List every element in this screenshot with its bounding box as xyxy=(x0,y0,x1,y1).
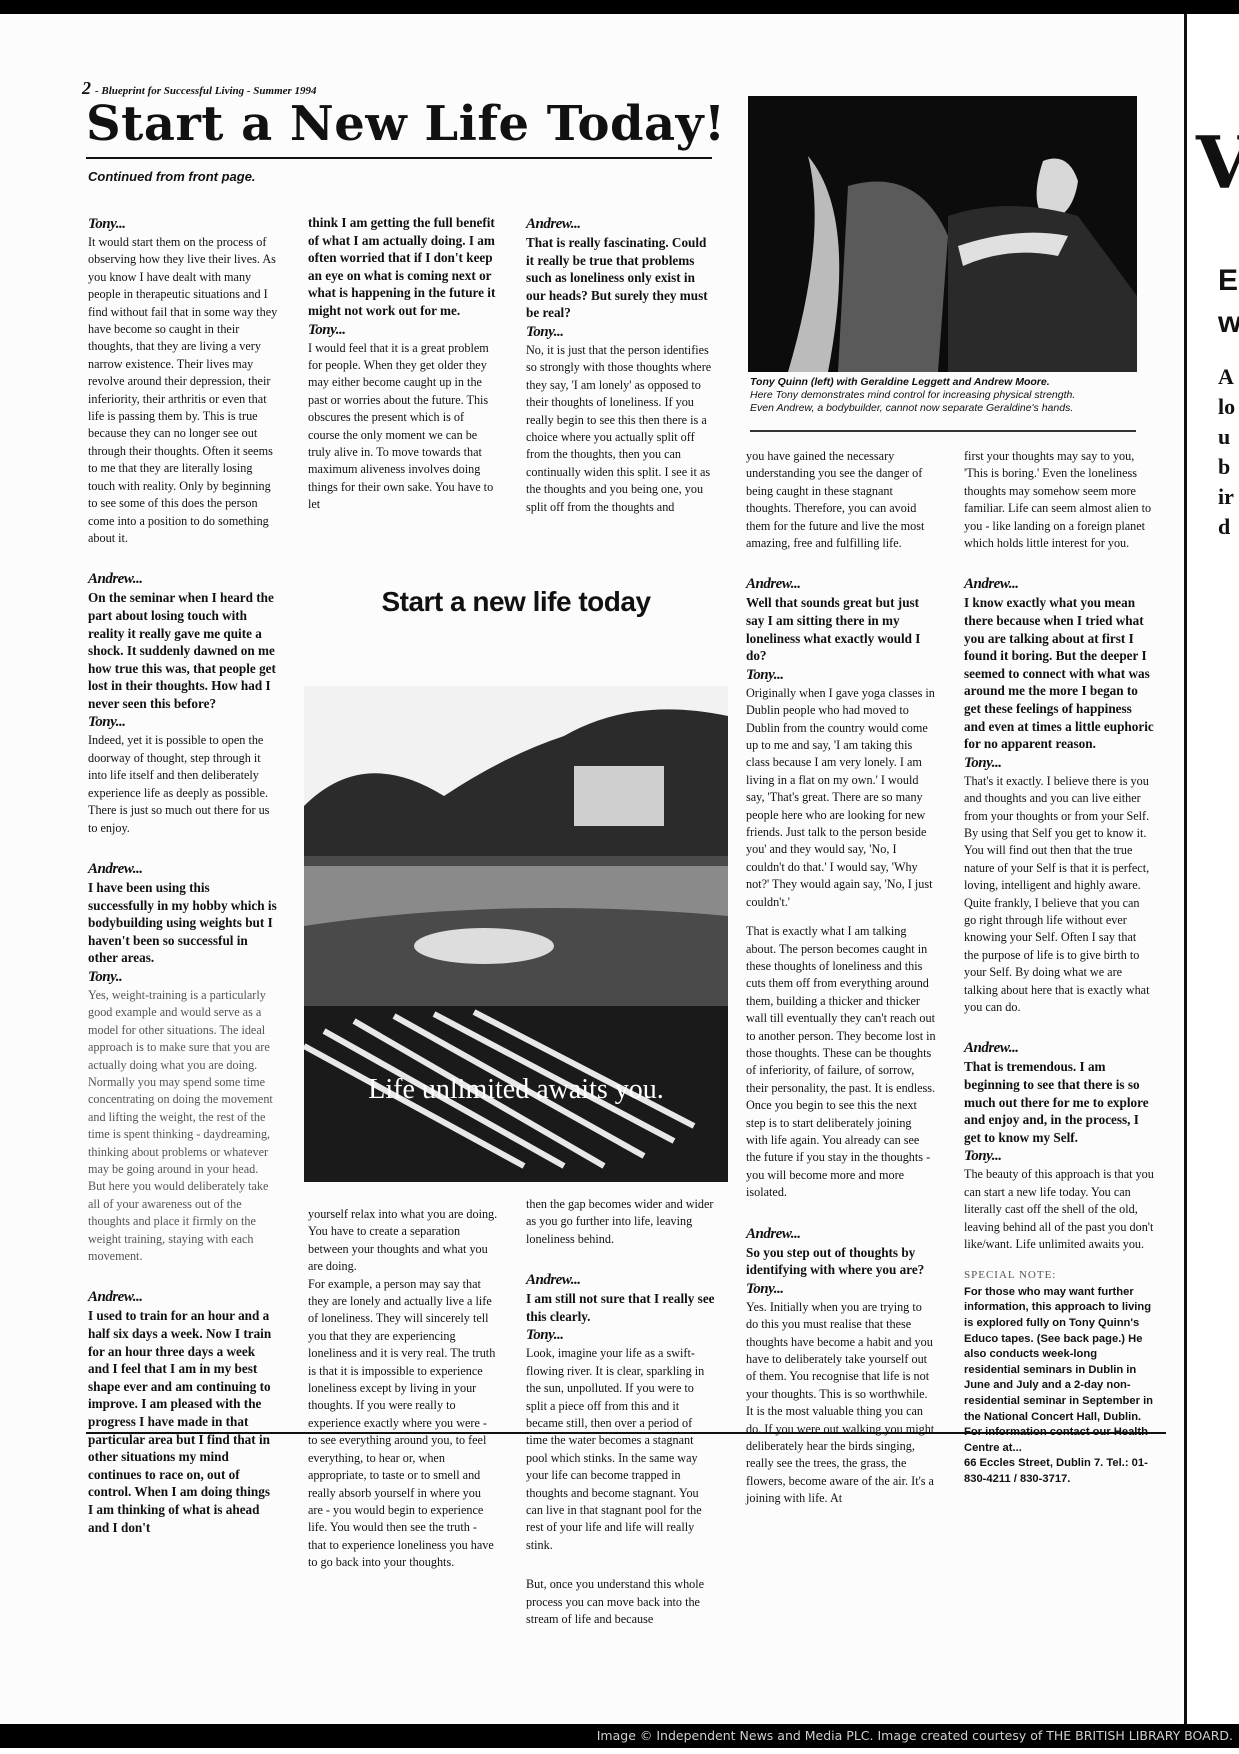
speaker-label: Tony... xyxy=(308,320,498,340)
speaker-label: Tony... xyxy=(746,1279,936,1299)
speaker-label: Andrew... xyxy=(746,1224,936,1244)
question-text: Well that sounds great but just say I am… xyxy=(746,594,936,664)
special-note-text: For those who may want further informati… xyxy=(964,1285,1154,1425)
answer-text: For example, a person may say that they … xyxy=(308,1276,498,1572)
question-text: I know exactly what you mean there becau… xyxy=(964,594,1154,752)
speaker-label: Andrew... xyxy=(964,1038,1154,1058)
answer-text: then the gap becomes wider and wider as … xyxy=(526,1196,716,1248)
headline-rule xyxy=(86,157,712,159)
contact-text: For information contact our Health Centr… xyxy=(964,1425,1154,1456)
answer-text: But, once you understand this whole proc… xyxy=(526,1576,716,1628)
answer-text: No, it is just that the person identifie… xyxy=(526,342,716,516)
ad-tagline: Life unlimited awaits you. xyxy=(304,1074,728,1106)
speaker-label: Tony... xyxy=(88,214,278,234)
contact-address: 66 Eccles Street, Dublin 7. Tel.: 01-830… xyxy=(964,1456,1154,1487)
next-page-subhead-fragment: E w xyxy=(1218,260,1239,344)
page-gutter-rule xyxy=(1184,14,1187,1724)
answer-text: That is exactly what I am talking about.… xyxy=(746,923,936,1202)
question-text: On the seminar when I heard the part abo… xyxy=(88,589,278,712)
question-text: So you step out of thoughts by identifyi… xyxy=(746,1244,936,1279)
advertisement: Start a new life today Life unlimited aw… xyxy=(304,586,728,1182)
question-text: That is tremendous. I am beginning to se… xyxy=(964,1058,1154,1146)
speaker-label: Tony... xyxy=(964,1146,1154,1166)
speaker-label: Tony... xyxy=(526,1325,716,1345)
caption-line-1: Here Tony demonstrates mind control for … xyxy=(750,389,1150,402)
page-title: Start a New Life Today! xyxy=(86,96,726,152)
answer-text: That's it exactly. I believe there is yo… xyxy=(964,773,1154,1017)
speaker-label: Andrew... xyxy=(526,214,716,234)
speaker-label: Andrew... xyxy=(746,574,936,594)
page-number: 2 xyxy=(82,78,91,98)
answer-text: I would feel that it is a great problem … xyxy=(308,340,498,514)
image-credit: Image © Independent News and Media PLC. … xyxy=(597,1728,1233,1743)
caption-rule xyxy=(750,430,1136,432)
speaker-label: Andrew... xyxy=(88,569,278,589)
column-2-bottom: yourself relax into what you are doing. … xyxy=(308,1206,498,1572)
column-2-top: think I am getting the full benefit of w… xyxy=(308,214,498,514)
speaker-label: Andrew... xyxy=(526,1270,716,1290)
speaker-label: Tony... xyxy=(526,322,716,342)
continued-note: Continued from front page. xyxy=(88,169,256,184)
answer-text: you have gained the necessary understand… xyxy=(746,448,936,552)
question-text: I am still not sure that I really see th… xyxy=(526,1290,716,1325)
column-1: Tony... It would start them on the proce… xyxy=(88,214,278,1536)
next-page-lead-fragment: A lo u b ir d xyxy=(1218,362,1235,542)
scan-top-border xyxy=(0,0,1239,14)
column-3-bottom: then the gap becomes wider and wider as … xyxy=(526,1196,716,1629)
photo-tony-quinn-demonstration xyxy=(748,96,1137,372)
speaker-label: Andrew... xyxy=(88,859,278,879)
answer-text: Yes, weight-training is a particularly g… xyxy=(88,987,278,1266)
column-4: you have gained the necessary understand… xyxy=(746,448,936,1508)
caption-names: Tony Quinn (left) with Geraldine Leggett… xyxy=(750,376,1150,389)
speaker-label: Tony... xyxy=(88,712,278,732)
photo-illustration xyxy=(748,96,1137,372)
question-text: That is really fascinating. Could it rea… xyxy=(526,234,716,322)
caption-line-2: Even Andrew, a bodybuilder, cannot now s… xyxy=(750,402,1150,415)
next-page-headline-fragment: V xyxy=(1196,120,1239,205)
question-text: I used to train for an hour and a half s… xyxy=(88,1307,278,1536)
photo-caption: Tony Quinn (left) with Geraldine Leggett… xyxy=(750,376,1150,415)
special-note-label: SPECIAL NOTE: xyxy=(964,1267,1154,1284)
bottom-rule xyxy=(86,1432,1166,1434)
speaker-label: Andrew... xyxy=(88,1287,278,1307)
answer-text: Indeed, yet it is possible to open the d… xyxy=(88,732,278,836)
column-3-top: Andrew... That is really fascinating. Co… xyxy=(526,214,716,516)
answer-text: Originally when I gave yoga classes in D… xyxy=(746,685,936,911)
answer-text: The beauty of this approach is that you … xyxy=(964,1166,1154,1253)
question-text: think I am getting the full benefit of w… xyxy=(308,214,498,320)
ad-title: Start a new life today xyxy=(304,586,728,618)
answer-text: Yes. Initially when you are trying to do… xyxy=(746,1299,936,1508)
lake-scene-illustration xyxy=(304,686,728,1182)
speaker-label: Tony... xyxy=(964,753,1154,773)
speaker-label: Andrew... xyxy=(964,574,1154,594)
question-text: I have been using this successfully in m… xyxy=(88,879,278,967)
answer-text: It would start them on the process of ob… xyxy=(88,234,278,547)
answer-text: first your thoughts may say to you, 'Thi… xyxy=(964,448,1154,552)
column-5: first your thoughts may say to you, 'Thi… xyxy=(964,448,1154,1488)
speaker-label: Tony.. xyxy=(88,967,278,987)
ad-photo-lake-boat: Life unlimited awaits you. xyxy=(304,686,728,1182)
answer-text: yourself relax into what you are doing. … xyxy=(308,1206,498,1276)
speaker-label: Tony... xyxy=(746,665,936,685)
answer-text: Look, imagine your life as a swift-flowi… xyxy=(526,1345,716,1554)
